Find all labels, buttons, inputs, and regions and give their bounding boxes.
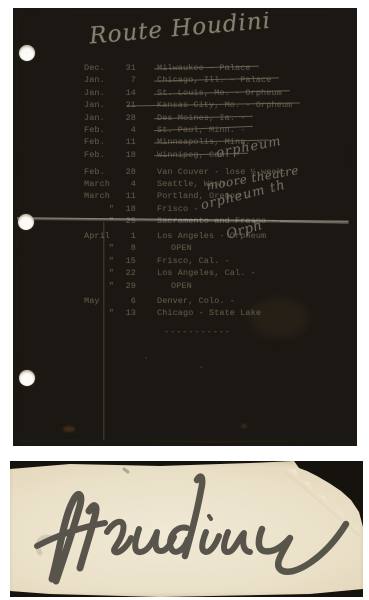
route-date-month: March xyxy=(84,178,121,190)
route-date-day: 29 xyxy=(121,280,136,292)
route-venue: St. Paul, Minn. - xyxy=(157,124,245,136)
handwritten-route-title: Route Houdini xyxy=(88,4,309,49)
route-date-day: 11 xyxy=(121,190,136,202)
punch-hole xyxy=(19,370,35,386)
paper-stain xyxy=(63,426,75,432)
route-date-day: 4 xyxy=(121,124,136,136)
left-edge-tear xyxy=(13,244,19,262)
route-row: April 1 Los Angeles - Orpheum Orph xyxy=(84,230,344,242)
route-date-day: 22 xyxy=(121,267,136,279)
route-row: " 8 OPEN xyxy=(84,242,344,254)
houdini-signature xyxy=(10,461,363,597)
route-row: Feb. 11 Minneapolis, Minn. - xyxy=(84,136,344,148)
paper-speck xyxy=(200,366,202,368)
route-row: " 29 OPEN xyxy=(84,280,344,292)
route-date-day: 18 xyxy=(121,149,136,161)
route-date-month: Dec. xyxy=(84,62,121,74)
route-date-day: 8 xyxy=(121,242,136,254)
paper-stain xyxy=(249,298,309,338)
route-date-day: 7 xyxy=(121,74,136,86)
end-dashes: ----------- xyxy=(164,327,231,337)
route-row: Feb. 4 St. Paul, Minn. - xyxy=(84,124,344,136)
route-row: " 15 Frisco, Cal. - xyxy=(84,255,344,267)
route-date-month: Feb. xyxy=(84,124,121,136)
route-date-month: " xyxy=(84,203,121,215)
paper-stain xyxy=(241,424,247,428)
route-venue: Des Moines, Ia. - xyxy=(157,112,245,124)
route-date-month: Feb. xyxy=(84,166,121,178)
route-venue: Milwaukee - Palace xyxy=(157,62,251,74)
route-row: Feb. 18 Winnipeg, Can. - orpheum xyxy=(84,149,344,161)
route-date-day: 6 xyxy=(121,295,136,307)
route-date-day: 1 xyxy=(121,230,136,242)
signature-closeup-photo xyxy=(10,461,363,597)
route-date-month: Feb. xyxy=(84,136,121,148)
route-date-month: Jan. xyxy=(84,87,121,99)
punch-hole xyxy=(19,45,35,61)
route-date-day: 13 xyxy=(121,307,136,319)
route-venue: St. Louis, Mo. - Orpheum xyxy=(157,87,282,99)
route-venue: Los Angeles, Cal. - xyxy=(157,267,256,279)
route-date-month: March xyxy=(84,190,121,202)
route-date-day: 4 xyxy=(121,178,136,190)
route-venue: Denver, Colo. - xyxy=(157,295,235,307)
route-venue: Chicago - State Lake xyxy=(157,307,261,319)
route-row: " 22 Los Angeles, Cal. - xyxy=(84,267,344,279)
route-document-photo: Route Houdini Dec. 31 Milwaukee - Palace… xyxy=(13,8,357,446)
paper-speck xyxy=(145,357,147,359)
punch-hole xyxy=(18,214,34,230)
screenshot: Route Houdini Dec. 31 Milwaukee - Palace… xyxy=(0,0,369,600)
route-row: " 18 Frisco - orpheum th xyxy=(84,203,344,215)
route-venue: OPEN xyxy=(171,280,192,292)
route-date-month: Jan. xyxy=(84,74,121,86)
route-row: Jan. 28 Des Moines, Ia. - xyxy=(84,112,344,124)
route-date-month: Feb. xyxy=(84,149,121,161)
route-row: Dec. 31 Milwaukee - Palace xyxy=(84,62,344,74)
route-row: March 4 Seattle, Wash. - moore theatre xyxy=(84,178,344,190)
route-date-day: 18 xyxy=(121,203,136,215)
route-row: Jan. 21 Kansas City, Mo. - Orpheum xyxy=(84,99,344,111)
route-row: Feb. 28 Van Couver - lose ½ week. xyxy=(84,166,344,178)
route-date-month: Jan. xyxy=(84,99,121,111)
route-row: Jan. 14 St. Louis, Mo. - Orpheum xyxy=(84,87,344,99)
route-list: Dec. 31 Milwaukee - Palace Jan. 7 Chicag… xyxy=(84,62,344,319)
route-row: May 6 Denver, Colo. - xyxy=(84,295,344,307)
route-row: Jan. 7 Chicago, Ill. - Palace xyxy=(84,74,344,86)
route-date-day: 28 xyxy=(121,112,136,124)
route-venue: Frisco - xyxy=(157,203,199,215)
route-venue: OPEN xyxy=(171,242,192,254)
route-venue: Chicago, Ill. - Palace xyxy=(157,74,271,86)
route-page-paper: Route Houdini Dec. 31 Milwaukee - Palace… xyxy=(13,8,357,446)
route-date-day: 28 xyxy=(121,166,136,178)
signature-paper xyxy=(10,461,363,597)
vertical-fold-crease xyxy=(103,222,105,440)
route-date-day: 14 xyxy=(121,87,136,99)
route-venue: Frisco, Cal. - xyxy=(157,255,230,267)
route-venue: Kansas City, Mo. - Orpheum xyxy=(157,99,292,111)
route-date-day: 11 xyxy=(121,136,136,148)
route-date-day: 15 xyxy=(121,255,136,267)
route-date-day: 31 xyxy=(121,62,136,74)
route-date-month: Jan. xyxy=(84,112,121,124)
